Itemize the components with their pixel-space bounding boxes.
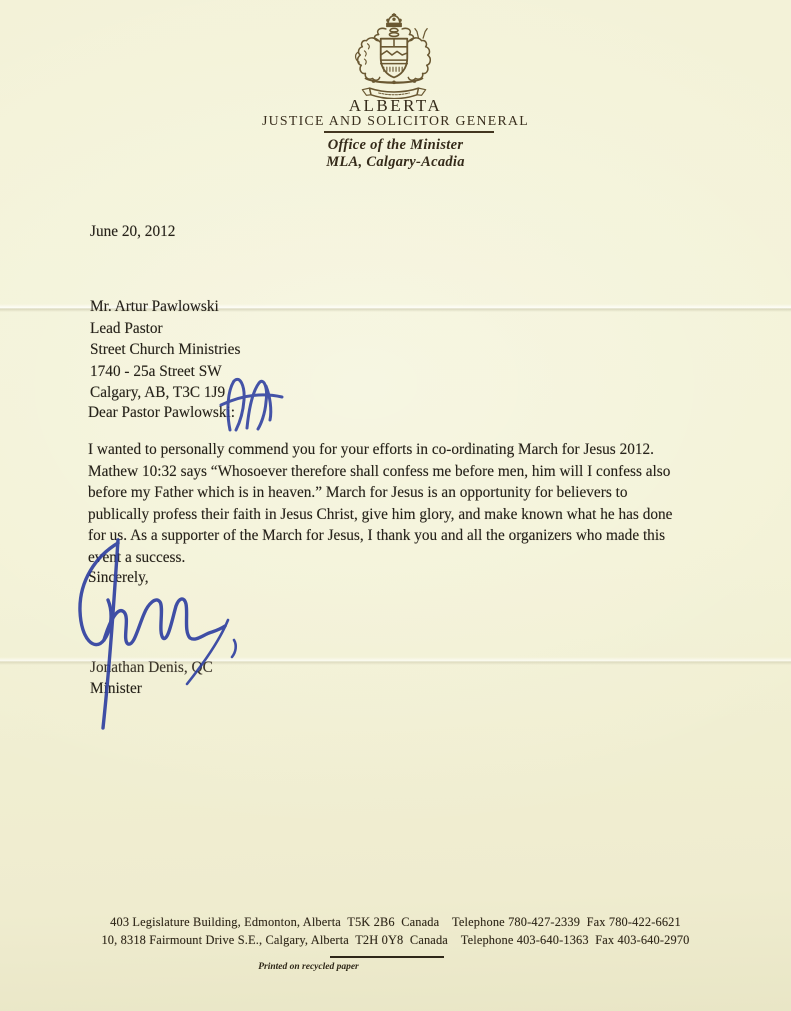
body-line: I wanted to personally commend you for y… xyxy=(88,439,728,461)
letterhead-rule xyxy=(324,131,494,133)
address-line: Lead Pastor xyxy=(90,318,240,340)
signer-title: Minister xyxy=(90,678,142,700)
office-line-2: MLA, Calgary-Acadia xyxy=(0,154,791,171)
salutation: Dear Pastor Pawlowski: xyxy=(88,402,235,424)
address-line: Street Church Ministries xyxy=(90,339,240,361)
body-line: publically profess their faith in Jesus … xyxy=(88,504,728,526)
address-line: Mr. Artur Pawlowski xyxy=(90,296,240,318)
dept-name: JUSTICE AND SOLICITOR GENERAL xyxy=(0,113,791,129)
body-line: for us. As a supporter of the March for … xyxy=(88,525,728,547)
footer-rule xyxy=(330,956,444,958)
footer-address-line: 10, 8318 Fairmount Drive S.E., Calgary, … xyxy=(0,933,791,948)
signer-name: Jonathan Denis, QC xyxy=(90,657,213,679)
office-line-1: Office of the Minister xyxy=(0,137,791,154)
recipient-address: Mr. Artur Pawlowski Lead Pastor Street C… xyxy=(90,296,240,404)
address-line: Calgary, AB, T3C 1J9 xyxy=(90,382,240,404)
body-paragraph: I wanted to personally commend you for y… xyxy=(88,439,728,568)
closing: Sincerely, xyxy=(88,567,149,589)
address-line: 1740 - 25a Street SW xyxy=(90,361,240,383)
scanned-letter-page: ALBERTA JUSTICE AND SOLICITOR GENERAL Of… xyxy=(0,0,791,1011)
letter-date: June 20, 2012 xyxy=(90,221,175,243)
recycled-note: Printed on recycled paper xyxy=(0,962,617,972)
body-line: before my Father which is in heaven.” Ma… xyxy=(88,482,728,504)
body-line: Mathew 10:32 says “Whosoever therefore s… xyxy=(88,461,728,483)
alberta-coat-of-arms-icon xyxy=(345,13,443,99)
footer-address-line: 403 Legislature Building, Edmonton, Albe… xyxy=(0,915,791,930)
body-line: event a success. xyxy=(88,547,728,569)
